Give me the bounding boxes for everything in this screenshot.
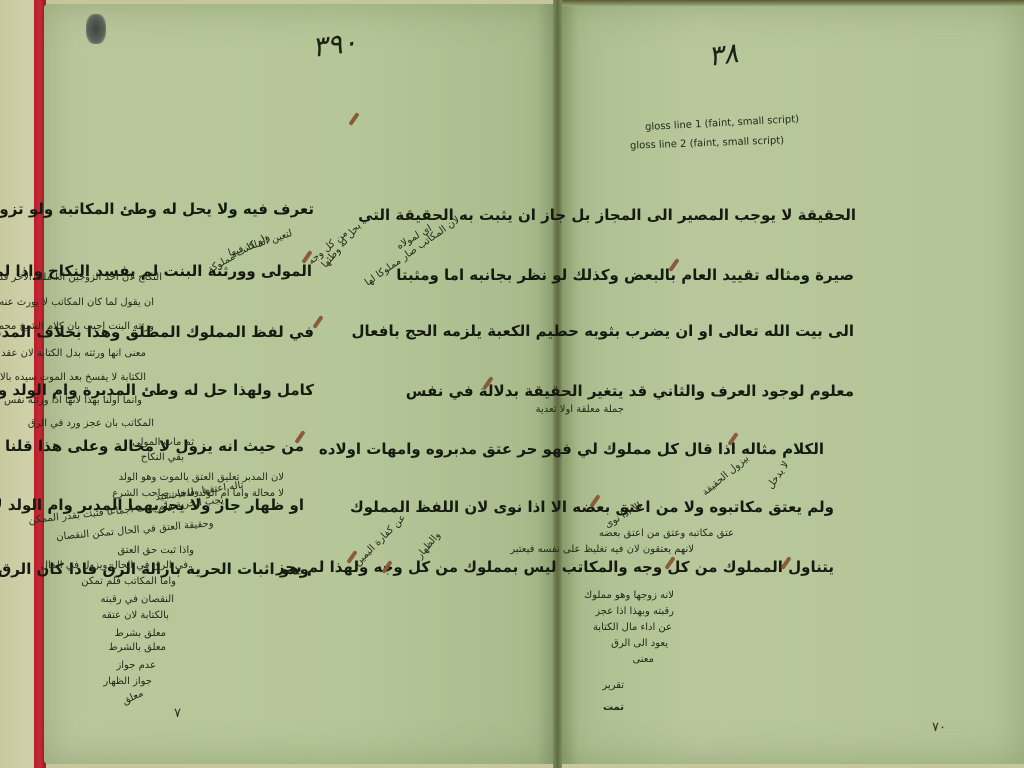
main-text-line: صيرة ومثاله تقييد العام بالبعض وكذلك لو …: [396, 266, 854, 284]
gloss-line: ثم مات المولى: [132, 437, 194, 448]
gloss-line: لانه زوجها وهو مملوك: [584, 590, 674, 601]
gloss-line: المكاتب بان عجز ورد في الرق: [28, 418, 154, 429]
gloss-line: واما المكاتب فلم تمكن: [81, 576, 176, 587]
gloss-line: جواز الظهار: [103, 676, 152, 687]
gloss-line: الكتابة لا يفسخ بعد الموت سيده بالاجماع: [0, 372, 146, 383]
gloss-line: معلق بالشرط: [108, 642, 166, 653]
gloss-line: معلق بشرط: [115, 628, 166, 639]
gloss-line: في الرق في الحال ويزول في المال: [41, 560, 188, 571]
gloss-line: جملة معلقة اولا تعدية: [536, 404, 624, 415]
cover-top-edge: [560, 0, 1024, 6]
ink-stain: [86, 14, 106, 44]
gloss-line: يعود الى الرق: [611, 638, 668, 649]
gloss-line: عن اداء مال الكتابة: [593, 622, 672, 633]
gloss-line: معنى انها ورثته بدل الكتابة لان عقد: [1, 348, 146, 359]
main-text-line: تعرف فيه ولا يحل له وطئ المكاتبة ولو تزو…: [0, 200, 314, 218]
gloss-line: عتق مكاتبه وعتق من اعتق بعضه: [599, 528, 734, 539]
catchword-right: ٧٠: [932, 720, 946, 735]
main-text-line: معلوم لوجود العرف والثاني قد يتغير الحقي…: [406, 382, 854, 400]
gloss-line: لان المدبر تعليق العتق بالموت وهو الولد: [119, 472, 284, 483]
gloss-line: بقي النكاح: [141, 452, 184, 463]
main-text-line: الى بيت الله تعالى او ان يضرب بثوبه حطيم…: [352, 322, 854, 340]
gloss-line: معنى: [632, 654, 654, 665]
gloss-line: عدم جواز: [116, 660, 156, 671]
gloss-line: واذا ثبت حق العتق: [117, 545, 194, 556]
main-text-line: الحقيقة لا يوجب المصير الى المجاز بل جاز…: [358, 206, 856, 224]
gloss-line: بالكتابة لان عتقه: [102, 610, 169, 621]
main-text-line: يتناول المملوك من كل وجه والمكاتب ليس بم…: [276, 558, 834, 576]
gloss-line: لانهم يعتقون لان فيه تغليظ على نفسه فيعت…: [510, 544, 694, 555]
gloss-line: وانما اولنا بهذا لانها اذا ورثته نفس: [4, 395, 142, 406]
folio-number-left: ٣٩٠: [310, 25, 359, 64]
main-text-line: الكلام مثاله اذا قال كل مملوك لي فهو حر …: [319, 440, 824, 458]
gloss-line: النقصان في رقبته: [101, 594, 174, 605]
gloss-line: رقبته وبهذا اذا عجز: [595, 606, 674, 617]
folio-number-right: ٣٨: [706, 36, 740, 73]
catchword-left: ٧: [174, 706, 181, 721]
gloss-line: ان يقول لما كان المكاتب لا يورث عنه فكيف…: [0, 297, 154, 308]
gloss-line: ورثته البنت اجيب بان كلام الشيخ محمول عل…: [0, 321, 154, 332]
gloss-line: تمت: [603, 702, 624, 713]
gloss-line: النكاح لان احد الزوجين اذا ملك الآخر فسد…: [0, 272, 162, 283]
gloss-line: تقرير: [602, 680, 624, 691]
gloss-line: لا محالة واما ام الولد فاخبر صاحب الشرع: [112, 488, 284, 499]
